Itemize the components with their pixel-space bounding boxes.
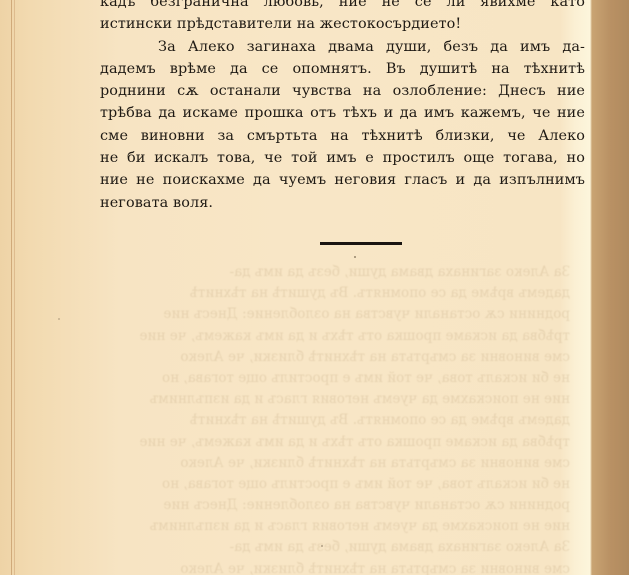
paper-speck [321,545,323,547]
bleed-line: За Алеко загинаха двама души, безъ да им… [100,537,570,558]
text-line: роднини сѫ останали чувства на озлоблени… [100,80,585,102]
paper-speck [58,318,60,320]
page-fold-line [14,0,15,575]
paper-speck [354,256,356,258]
text-line: ние не поискахме да чуемъ неговия гласъ … [100,169,585,191]
bleed-line: не би искалъ това, че той имъ е простилъ… [100,368,570,389]
bleed-through-text: За Алеко загинаха двама души, безъ да им… [100,262,570,575]
text-line: истински прѣдставители на жестокосърдиет… [100,13,585,35]
bleed-line: сме виновни за смъртьта на тѣхнитѣ близк… [100,453,570,474]
bleed-line: За Алеко загинаха двама души, безъ да им… [100,262,570,283]
text-line: неговата воля. [100,192,585,214]
bleed-line: не би искалъ това, че той имъ е простилъ… [100,474,570,495]
bleed-line: сме виновни за смъртьта на тѣхнитѣ близк… [100,347,570,368]
bleed-line: дадемъ врѣме да се опомнятъ. Въ душитѣ н… [100,410,570,431]
text-line: сме виновни за смъртьта на тѣхнитѣ близк… [100,125,585,147]
text-line: трѣбва да искаме прошка отъ тѣхъ и да им… [100,102,585,124]
scanned-book-page: кадѣ безгранична любовь, ние не се ли яв… [0,0,629,575]
bleed-line: роднини сѫ останали чувства на озлоблени… [100,304,570,325]
bleed-line: роднини сѫ останали чувства на озлоблени… [100,495,570,516]
bleed-line: ние не поискахме да чуемъ неговия гласъ … [100,389,570,410]
bleed-line: сме виновни за смъртьта на тѣхнитѣ близк… [100,559,570,575]
bleed-line: трѣбва да искаме прошка отъ тѣхъ и да им… [100,432,570,453]
page-fold-line [11,0,12,575]
text-line: не би искалъ това, че той имъ е простилъ… [100,147,585,169]
bleed-line: трѣбва да искаме прошка отъ тѣхъ и да им… [100,326,570,347]
bleed-line: ние не поискахме да чуемъ неговия гласъ … [100,516,570,537]
text-line: дадемъ врѣме да се опомнятъ. Въ душитѣ н… [100,58,585,80]
bleed-line: дадемъ врѣме да се опомнятъ. Въ душитѣ н… [100,283,570,304]
text-line: кадѣ безгранична любовь, ние не се ли яв… [100,0,585,13]
body-text: кадѣ безгранична любовь, ние не се ли яв… [100,0,585,214]
paragraph-start-line: За Алеко загинаха двама души, безъ да им… [100,36,585,58]
section-divider-rule [320,242,402,245]
